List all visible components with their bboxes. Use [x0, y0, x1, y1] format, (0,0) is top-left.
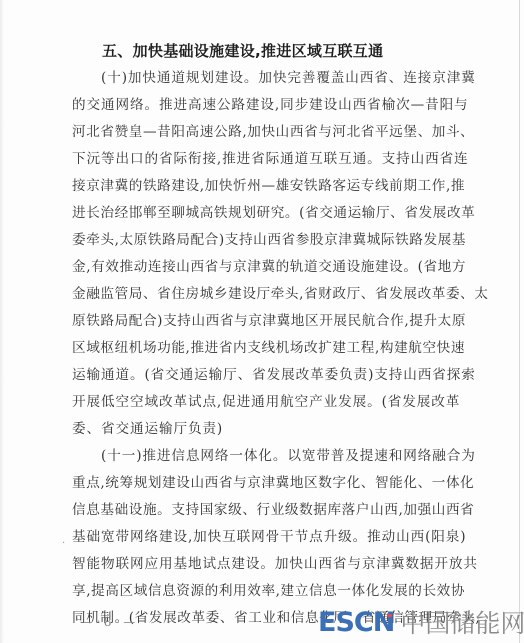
- paragraph-line: 信息基础设施。支持国家级、行业级数据库落户山西,加强山西省: [72, 497, 464, 524]
- watermark-site-name: 中国储能网: [400, 604, 524, 640]
- paragraph-line: 河北省赞皇—昔阳高速公路,加快山西省与河北省平远堡、加斗、: [72, 119, 464, 146]
- paragraph-line: (十一)推进信息网络一体化。以宽带普及提速和网络融合为: [72, 443, 464, 470]
- paragraph-line: 享,提高区域信息资源的利用效率,建立信息一体化发展的长效协: [72, 578, 464, 605]
- paragraph-line: 原铁路局配合)支持山西省与京津冀地区开展民航合作,提升太原: [72, 308, 464, 335]
- logo-letters: ESC: [318, 607, 373, 638]
- margin-mark: ·: [62, 538, 65, 549]
- paragraph-line: 金,有效推动连接山西省与京津冀的轨道交通设施建设。(省地方: [72, 254, 464, 281]
- paragraph-line: 重点,统筹规划建设山西省与京津冀地区数字化、智能化、一体化: [72, 470, 464, 497]
- paragraph-line: 的交通网络。推进高速公路建设,同步建设山西省榆次—昔阳与: [72, 92, 464, 119]
- document-page: 五、加快基础设施建设,推进区域互联互通 (十)加快通道规划建设。加快完善覆盖山西…: [0, 0, 524, 643]
- paragraph-line: 区域枢纽机场功能,推进省内支线机场改扩建工程,构建航空快速: [72, 335, 464, 362]
- paragraph-line: 运输通道。(省交通运输厅、省发展改革委负责)支持山西省探索: [72, 362, 464, 389]
- escn-logo: ESCN: [318, 607, 394, 638]
- paragraph-line: 进长治经邯郸至聊城高铁规划研究。(省交通运输厅、省发展改革: [72, 200, 464, 227]
- section-heading: 五、加快基础设施建设,推进区域互联互通: [102, 38, 464, 65]
- page-edge-shadow: [0, 0, 4, 643]
- page-number: — 8 —: [80, 615, 139, 629]
- watermark: ESCN 中国储能网: [318, 604, 524, 640]
- paragraph-line: 下沅等出口的省际衔接,推进省际通道互联互通。支持山西省连: [72, 146, 464, 173]
- paragraph-line: 委、省交通运输厅负责): [72, 416, 464, 443]
- paragraph-line: 基础宽带网络建设,加快互联网骨干节点升级。推动山西(阳泉): [72, 524, 464, 551]
- paragraph-line: 开展低空空域改革试点,促进通用航空产业发展。(省发展改革: [72, 389, 464, 416]
- page-edge-line: [519, 0, 520, 643]
- paragraph-line: 接京津冀的铁路建设,加快忻州—雄安铁路客运专线前期工作,推: [72, 173, 464, 200]
- paragraph-line: 委牵头,太原铁路局配合)支持山西省参股京津冀城际铁路发展基: [72, 227, 464, 254]
- document-body: 五、加快基础设施建设,推进区域互联互通 (十)加快通道规划建设。加快完善覆盖山西…: [72, 38, 464, 632]
- logo-accent-letter: N: [373, 607, 395, 638]
- paragraph-line: 金融监管局、省住房城乡建设厅牵头,省财政厅、省发展改革委、太: [72, 281, 464, 308]
- paragraph-line: (十)加快通道规划建设。加快完善覆盖山西省、连接京津冀: [72, 65, 464, 92]
- paragraph-line: 智能物联网应用基地试点建设。加快山西省与京津冀数据开放共: [72, 551, 464, 578]
